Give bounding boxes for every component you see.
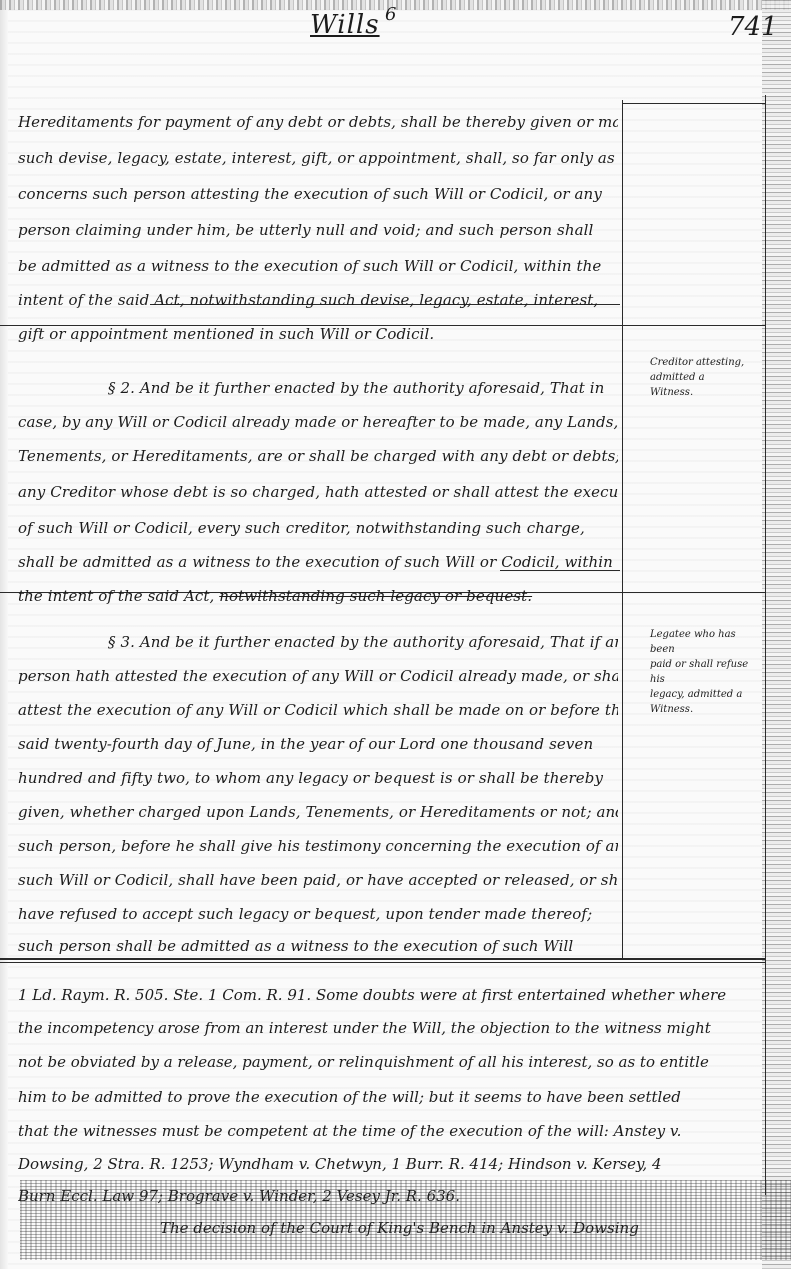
text-line: person claiming under him, be utterly nu… bbox=[18, 220, 618, 240]
text-line: intent of the said Act, notwithstanding … bbox=[18, 290, 618, 310]
footnote-line: that the witnesses must be competent at … bbox=[18, 1121, 758, 1141]
text-line: case, by any Will or Codicil already mad… bbox=[18, 412, 618, 432]
struck-text: notwithstanding such legacy or bequest. bbox=[219, 587, 532, 605]
page-heading-mark: 6 bbox=[385, 4, 396, 25]
text-line: Tenements, or Hereditaments, are or shal… bbox=[18, 446, 618, 466]
text-line: such Will or Codicil, shall have been pa… bbox=[18, 870, 618, 890]
text-line: be admitted as a witness to the executio… bbox=[18, 256, 618, 276]
text-line: the intent of the said Act, notwithstand… bbox=[18, 586, 618, 606]
scan-right-edge bbox=[762, 0, 791, 1269]
footnote-divider bbox=[0, 958, 765, 960]
text-line: said twenty-fourth day of June, in the y… bbox=[18, 734, 618, 754]
margin-note-creditor: Creditor attesting, admitted a Witness. bbox=[650, 355, 750, 400]
text-line: given, whether charged upon Lands, Tenem… bbox=[18, 802, 618, 822]
footnote-line: him to be admitted to prove the executio… bbox=[18, 1087, 758, 1107]
text-line: such person, before he shall give his te… bbox=[18, 836, 618, 856]
text-line: any Creditor whose debt is so charged, h… bbox=[18, 482, 618, 502]
scan-left-edge bbox=[0, 0, 8, 1269]
margin-note-line: admitted a Witness. bbox=[650, 370, 750, 400]
text-line: shall be admitted as a witness to the ex… bbox=[18, 552, 618, 572]
page-heading: Wills bbox=[310, 10, 380, 40]
text-line: Hereditaments for payment of any debt or… bbox=[18, 112, 618, 132]
text-fragment: the intent of the said Act, bbox=[18, 587, 214, 605]
page-number: 741 bbox=[728, 12, 778, 42]
text-line: § 2. And be it further enacted by the au… bbox=[108, 378, 618, 398]
footnote-line: the incompetency arose from an interest … bbox=[18, 1018, 758, 1038]
margin-note-line: legacy, admitted a bbox=[650, 687, 750, 702]
margin-note-line: paid or shall refuse his bbox=[650, 657, 750, 687]
margin-note-line: Legatee who has been bbox=[650, 627, 750, 657]
margin-note-line: Creditor attesting, bbox=[650, 355, 750, 370]
text-line: § 3. And be it further enacted by the au… bbox=[108, 632, 618, 652]
text-line: have refused to accept such legacy or be… bbox=[18, 904, 618, 924]
margin-rule-left bbox=[622, 100, 623, 960]
scan-noise-bottom bbox=[20, 1180, 791, 1260]
margin-rule-right bbox=[765, 95, 766, 1195]
text-line: such devise, legacy, estate, interest, g… bbox=[18, 148, 618, 168]
text-line: gift or appointment mentioned in such Wi… bbox=[18, 324, 618, 344]
footnote-divider bbox=[0, 962, 765, 963]
footnote-line: 1 Ld. Raym. R. 505. Ste. 1 Com. R. 91. S… bbox=[18, 985, 758, 1005]
manuscript-page: Wills 6 741 Hereditaments for payment of… bbox=[0, 0, 791, 1269]
footnote-line: Dowsing, 2 Stra. R. 1253; Wyndham v. Che… bbox=[18, 1154, 758, 1174]
footnote-line: not be obviated by a release, payment, o… bbox=[18, 1052, 758, 1072]
margin-note-legatee: Legatee who has been paid or shall refus… bbox=[650, 627, 750, 717]
text-line: such person shall be admitted as a witne… bbox=[18, 936, 618, 956]
text-line: concerns such person attesting the execu… bbox=[18, 184, 618, 204]
text-line: attest the execution of any Will or Codi… bbox=[18, 700, 618, 720]
text-line: hundred and fifty two, to whom any legac… bbox=[18, 768, 618, 788]
text-line: of such Will or Codicil, every such cred… bbox=[18, 518, 618, 538]
margin-rule bbox=[622, 103, 765, 104]
text-line: person hath attested the execution of an… bbox=[18, 666, 618, 686]
margin-note-line: Witness. bbox=[650, 702, 750, 717]
